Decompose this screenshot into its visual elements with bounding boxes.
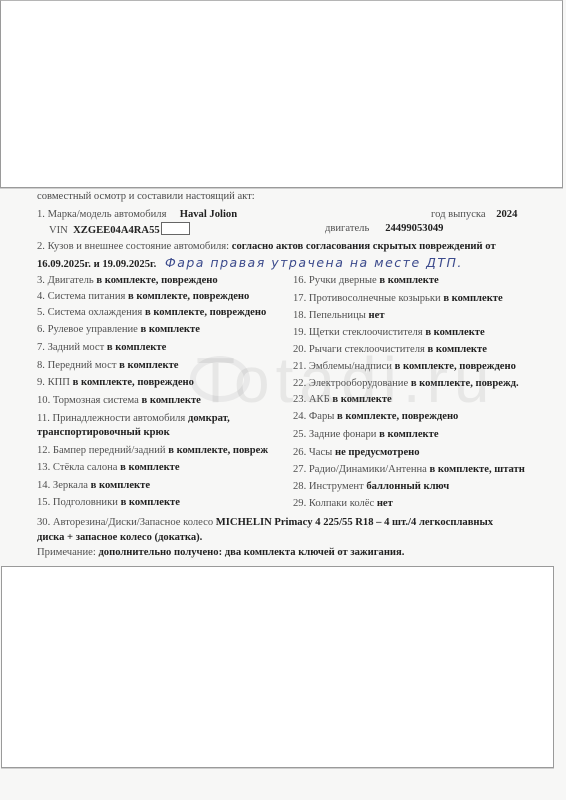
list-item: 18. Пепельницы нет <box>293 309 385 322</box>
item-label: 19. Щетки стеклоочистителя <box>293 327 423 338</box>
item-label: 8. Передний мост <box>37 360 116 371</box>
list-item: 21. Эмблемы/надписи в комплекте, поврежд… <box>293 360 516 373</box>
vin-redaction-box <box>161 222 190 235</box>
engine-field: двигатель 24499053049 <box>325 222 443 235</box>
vin-label: VIN <box>49 225 68 236</box>
body-label: 2. Кузов и внешнее состояние автомобиля: <box>37 241 229 252</box>
item-label: 9. КПП <box>37 377 70 388</box>
list-item: 15. Подголовники в комплекте <box>37 496 180 509</box>
item-value: в комплекте <box>107 342 166 353</box>
tires-label: 30. Авторезина/Диски/Запасное колесо <box>37 517 213 528</box>
item-label: 27. Радио/Динамики/Антенна <box>293 464 427 475</box>
list-item: 7. Задний мост в комплекте <box>37 341 166 354</box>
list-item: 6. Рулевое управление в комплекте <box>37 323 200 336</box>
item-label: 21. Эмблемы/надписи <box>293 361 392 372</box>
list-item: 24. Фары в комплекте, повреждено <box>293 410 458 423</box>
blank-area-bottom <box>1 566 554 768</box>
item-value: баллонный ключ <box>366 481 449 492</box>
item-value: в комплекте, повреждено <box>337 411 458 422</box>
item-value: в комплекте <box>121 497 180 508</box>
item-value: в комплекте, поврежд. <box>411 378 519 389</box>
list-item-continuation: транспортировочный крюк <box>37 426 170 439</box>
item-label: 20. Рычаги стеклоочистителя <box>293 344 425 355</box>
list-item: 11. Принадлежности автомобиля домкрат, <box>37 412 230 425</box>
item-value: в комплекте <box>379 429 438 440</box>
item-label: 28. Инструмент <box>293 481 364 492</box>
list-item: 13. Стёкла салона в комплекте <box>37 461 180 474</box>
vin-value: XZGEE04A4RA55 <box>73 225 160 236</box>
list-item: 3. Двигатель в комплекте, повреждено <box>37 274 218 287</box>
item-value: в комплекте, повреждено <box>73 377 194 388</box>
list-item: 19. Щетки стеклоочистителя в комплекте <box>293 326 485 339</box>
year-label: год выпуска <box>431 209 486 220</box>
item-label: 17. Противосолнечные козырьки <box>293 293 441 304</box>
list-item: 9. КПП в комплекте, повреждено <box>37 376 194 389</box>
item-value: в комплекте, штатн <box>430 464 525 475</box>
handwritten-note: Фара правая утрачена на месте ДТП. <box>165 255 463 270</box>
list-item: 23. АКБ в комплекте <box>293 393 392 406</box>
item-value: в комплекте, повреждено <box>145 307 266 318</box>
item-value: в комплекте <box>120 462 179 473</box>
list-item: 16. Ручки дверные в комплекте <box>293 274 439 287</box>
item-label: 3. Двигатель <box>37 275 94 286</box>
item-label: 4. Система питания <box>37 291 125 302</box>
item-value: в комплекте <box>91 480 150 491</box>
item-value-line2: транспортировочный крюк <box>37 427 170 438</box>
item-label: 18. Пепельницы <box>293 310 366 321</box>
body-value-line2: 16.09.2025г. и 19.09.2025г. <box>37 259 156 270</box>
item-1-make-model: 1. Марка/модель автомобиля Haval Jolion <box>37 208 237 221</box>
tires-value-line1: MICHELIN Primacy 4 225/55 R18 – 4 шт./4 … <box>216 517 493 528</box>
year-value: 2024 <box>496 209 517 220</box>
item-label: 12. Бампер передний/задний <box>37 445 166 456</box>
list-item: 17. Противосолнечные козырьки в комплект… <box>293 292 503 305</box>
item-30-line2: диска + запасное колесо (докатка). <box>37 531 202 544</box>
item-value: в комплекте, повреж <box>168 445 268 456</box>
item-label: 29. Колпаки колёс <box>293 498 374 509</box>
intro-label: совместный осмотр и составили настоящий … <box>37 191 255 202</box>
list-item: 8. Передний мост в комплекте <box>37 359 179 372</box>
item-value: в комплекте, повреждено <box>96 275 217 286</box>
vin-field: VIN XZGEE04A4RA55 <box>49 222 190 237</box>
intro-text: совместный осмотр и составили настоящий … <box>37 190 255 203</box>
item-30-tires: 30. Авторезина/Диски/Запасное колесо MIC… <box>37 516 493 529</box>
list-item: 26. Часы не предусмотрено <box>293 446 420 459</box>
item-value: домкрат, <box>188 413 230 424</box>
item-value: в комплекте <box>332 394 391 405</box>
item-2-body-condition: 2. Кузов и внешнее состояние автомобиля:… <box>37 240 496 253</box>
list-item: 22. Электрооборудование в комплекте, пов… <box>293 377 519 390</box>
list-item: 25. Задние фонари в комплекте <box>293 428 439 441</box>
item-label: 22. Электрооборудование <box>293 378 408 389</box>
list-item: 4. Система питания в комплекте, поврежде… <box>37 290 249 303</box>
item-value: в комплекте <box>141 395 200 406</box>
item-label: 26. Часы <box>293 447 332 458</box>
item-label: 16. Ручки дверные <box>293 275 377 286</box>
engine-label: двигатель <box>325 223 369 234</box>
item-value: в комплекте <box>379 275 438 286</box>
list-item: 29. Колпаки колёс нет <box>293 497 393 510</box>
engine-value: 24499053049 <box>385 223 443 234</box>
item-value: не предусмотрено <box>335 447 420 458</box>
body-value-line1: согласно актов согласования скрытых повр… <box>232 241 496 252</box>
item-label: 14. Зеркала <box>37 480 88 491</box>
item-label: 6. Рулевое управление <box>37 324 138 335</box>
item-value: в комплекте <box>428 344 487 355</box>
make-model-value: Haval Jolion <box>180 209 237 220</box>
note-value: дополнительно получено: два комплекта кл… <box>98 547 404 558</box>
item-label: 5. Система охлаждения <box>37 307 142 318</box>
list-item: 20. Рычаги стеклоочистителя в комплекте <box>293 343 487 356</box>
item-2-line2: 16.09.2025г. и 19.09.2025г. Фара правая … <box>37 256 463 271</box>
list-item: 5. Система охлаждения в комплекте, повре… <box>37 306 266 319</box>
make-model-label: 1. Марка/модель автомобиля <box>37 209 166 220</box>
item-label: 10. Тормозная система <box>37 395 139 406</box>
item-label: 23. АКБ <box>293 394 330 405</box>
item-value: нет <box>377 498 393 509</box>
item-value: нет <box>369 310 385 321</box>
item-label: 13. Стёкла салона <box>37 462 118 473</box>
item-value: в комплекте, повреждено <box>395 361 516 372</box>
item-label: 24. Фары <box>293 411 334 422</box>
list-item: 14. Зеркала в комплекте <box>37 479 150 492</box>
note: Примечание: дополнительно получено: два … <box>37 546 404 559</box>
item-label: 15. Подголовники <box>37 497 118 508</box>
watermark-logo-icon <box>190 356 250 402</box>
list-item: 28. Инструмент баллонный ключ <box>293 480 449 493</box>
item-value: в комплекте <box>119 360 178 371</box>
item-label: 7. Задний мост <box>37 342 104 353</box>
note-label: Примечание: <box>37 547 96 558</box>
item-label: 11. Принадлежности автомобиля <box>37 413 185 424</box>
item-value: в комплекте <box>443 293 502 304</box>
item-value: в комплекте <box>141 324 200 335</box>
year-field: год выпуска 2024 <box>431 208 517 221</box>
list-item: 27. Радио/Динамики/Антенна в комплекте, … <box>293 463 525 476</box>
list-item: 10. Тормозная система в комплекте <box>37 394 201 407</box>
item-value: в комплекте, повреждено <box>128 291 249 302</box>
item-label: 25. Задние фонари <box>293 429 376 440</box>
item-value: в комплекте <box>425 327 484 338</box>
list-item: 12. Бампер передний/задний в комплекте, … <box>37 444 268 457</box>
tires-value-line2: диска + запасное колесо (докатка). <box>37 532 202 543</box>
